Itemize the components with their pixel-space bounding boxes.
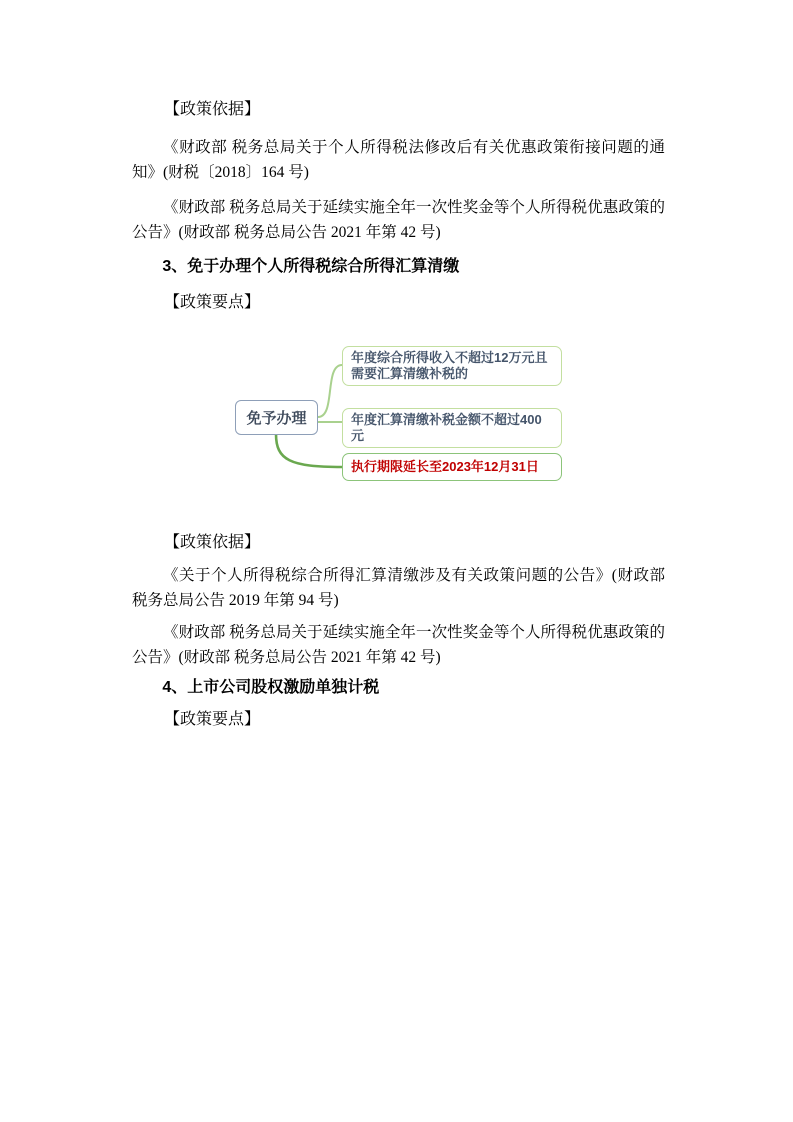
connector-top (318, 365, 342, 417)
diagram-branch-income-limit: 年度综合所得收入不超过12万元且需要汇算清缴补税的 (342, 346, 562, 386)
diagram-branch-tax-amount-limit: 年度汇算清缴补税金额不超过400元 (342, 408, 562, 448)
policy-reference: 《财政部 税务总局关于个人所得税法修改后有关优惠政策衔接问题的通知》(财税〔20… (132, 135, 665, 185)
document-page: 【政策依据】 《财政部 税务总局关于个人所得税法修改后有关优惠政策衔接问题的通知… (0, 0, 793, 1122)
document-content: 【政策依据】 《财政部 税务总局关于个人所得税法修改后有关优惠政策衔接问题的通知… (132, 97, 665, 732)
diagram-branch-deadline: 执行期限延长至2023年12月31日 (342, 453, 562, 481)
section-3-heading: 3、免于办理个人所得税综合所得汇算清缴 (132, 254, 665, 279)
policy-points-label: 【政策要点】 (132, 290, 665, 315)
policy-reference: 《财政部 税务总局关于延续实施全年一次性奖金等个人所得税优惠政策的公告》(财政部… (132, 195, 665, 245)
policy-basis-label: 【政策依据】 (132, 97, 665, 122)
section-4-heading: 4、上市公司股权激励单独计税 (132, 675, 665, 700)
connector-bottom (276, 434, 342, 467)
mindmap-diagram: 免予办理 年度综合所得收入不超过12万元且需要汇算清缴补税的 年度汇算清缴补税金… (132, 340, 665, 490)
policy-reference: 《关于个人所得税综合所得汇算清缴涉及有关政策问题的公告》(财政部 税务总局公告 … (132, 563, 665, 613)
policy-reference: 《财政部 税务总局关于延续实施全年一次性奖金等个人所得税优惠政策的公告》(财政部… (132, 620, 665, 670)
policy-basis-label: 【政策依据】 (132, 530, 665, 555)
policy-points-label: 【政策要点】 (132, 707, 665, 732)
diagram-root-node: 免予办理 (235, 400, 318, 435)
